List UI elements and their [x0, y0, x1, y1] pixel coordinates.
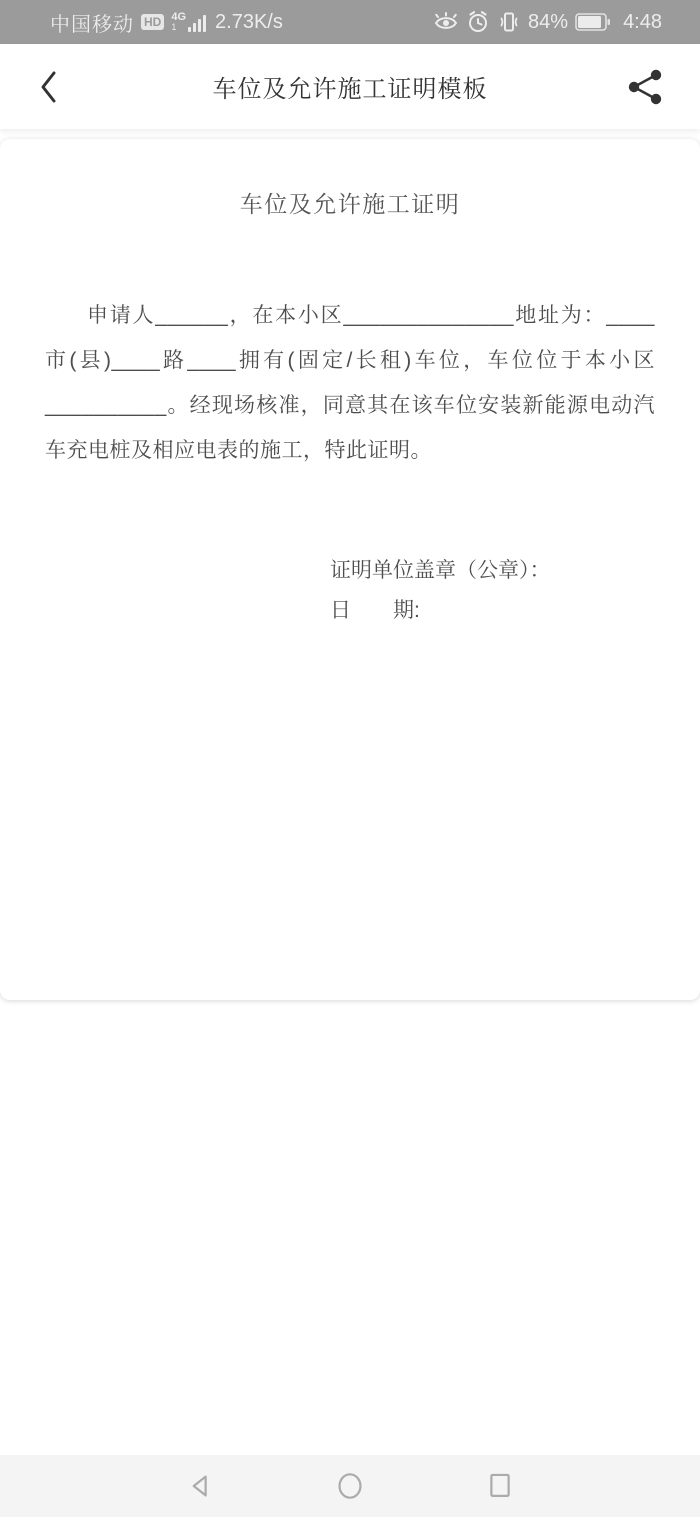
document-card: 车位及允许施工证明 申请人______，在本小区______________地址… — [0, 139, 700, 1000]
signature-block: 证明单位盖章（公章）： 日 期: — [0, 551, 700, 631]
signal-bars-icon — [188, 15, 208, 32]
network-speed-label: 2.73K/s — [215, 11, 283, 34]
eye-comfort-icon — [433, 10, 459, 34]
stamp-line: 证明单位盖章（公章）： — [330, 551, 700, 591]
status-bar-right: 84% 4:48 — [426, 10, 662, 34]
phone-screen: 中国移动 HD 4G 1 2.73K/s — [0, 0, 700, 1517]
share-icon — [626, 68, 664, 106]
network-type-label: 4G 1 — [171, 12, 186, 32]
android-nav-bar — [0, 1455, 700, 1517]
page-title: 车位及允许施工证明模板 — [0, 69, 700, 104]
clock-label: 4:48 — [618, 11, 662, 34]
nav-home-circle-icon — [335, 1470, 365, 1502]
nav-recents-button[interactable] — [425, 1470, 575, 1502]
vibrate-mode-icon — [497, 10, 521, 34]
signal-strength-icon: 4G 1 — [171, 12, 208, 32]
battery-icon — [575, 12, 611, 32]
share-button[interactable] — [626, 68, 664, 106]
status-bar-left: 中国移动 HD 4G 1 2.73K/s — [50, 8, 290, 37]
date-line: 日 期: — [330, 591, 700, 631]
back-button[interactable] — [36, 68, 62, 106]
document-title: 车位及允许施工证明 — [0, 139, 700, 219]
nav-home-button[interactable] — [275, 1470, 425, 1502]
hd-volte-icon: HD — [141, 14, 164, 30]
back-chevron-icon — [36, 68, 62, 106]
nav-bar: 车位及允许施工证明模板 — [0, 44, 700, 129]
document-body-text: 申请人______，在本小区______________地址为：____市(县)… — [0, 293, 700, 473]
status-bar: 中国移动 HD 4G 1 2.73K/s — [0, 0, 700, 44]
battery-percent-label: 84% — [528, 11, 568, 34]
nav-back-button[interactable] — [125, 1471, 275, 1501]
nav-recents-square-icon — [485, 1470, 515, 1502]
carrier-label: 中国移动 — [50, 8, 134, 37]
alarm-clock-icon — [466, 10, 490, 34]
nav-back-triangle-icon — [185, 1471, 215, 1501]
